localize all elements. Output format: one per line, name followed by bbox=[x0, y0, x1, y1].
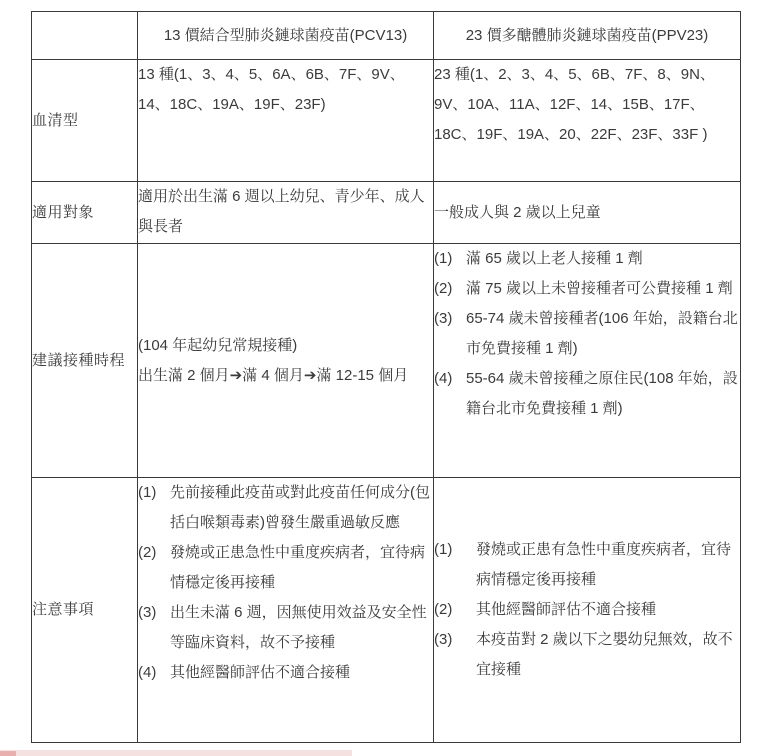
schedule-pcv13-note: (104 年起幼兒常規接種) bbox=[138, 331, 433, 361]
list-item: (4) 其他經醫師評估不適合接種 bbox=[138, 658, 433, 688]
list-item-text: 65-74 歲未曾接種者(106 年始，設籍台北市免費接種 1 劑) bbox=[466, 304, 740, 364]
row-label-audience: 適用對象 bbox=[32, 182, 138, 244]
list-item-text: 出生未滿 6 週，因無使用效益及安全性等臨床資料，故不予接種 bbox=[170, 598, 433, 658]
list-item-text: 其他經醫師評估不適合接種 bbox=[476, 595, 740, 625]
row-serotype: 血清型 13 種(1、3、4、5、6A、6B、7F、9V、14、18C、19A、… bbox=[32, 60, 741, 182]
list-item-number: (1) bbox=[434, 535, 476, 565]
list-item-number: (3) bbox=[434, 304, 466, 334]
list-item-text: 發燒或正患急性中重度疾病者，宜待病情穩定後再接種 bbox=[170, 538, 433, 598]
serotype-pcv13-cell: 13 種(1、3、4、5、6A、6B、7F、9V、14、18C、19A、19F、… bbox=[138, 60, 434, 182]
row-label-schedule: 建議接種時程 bbox=[32, 244, 138, 478]
list-item-text: 先前接種此疫苗或對此疫苗任何成分(包括白喉類毒素)曾發生嚴重過敏反應 bbox=[170, 478, 433, 538]
list-item: (3) 本疫苗對 2 歲以下之嬰幼兒無效，故不宜接種 bbox=[434, 625, 740, 685]
list-item-number: (3) bbox=[434, 625, 476, 655]
precautions-pcv13-cell: (1) 先前接種此疫苗或對此疫苗任何成分(包括白喉類毒素)曾發生嚴重過敏反應 (… bbox=[138, 478, 434, 743]
precautions-ppv23-cell: (1) 發燒或正患有急性中重度疾病者，宜待病情穩定後再接種 (2) 其他經醫師評… bbox=[434, 478, 741, 743]
bottom-pink-dot bbox=[0, 751, 16, 756]
schedule-pcv13-cell: (104 年起幼兒常規接種) 出生滿 2 個月➔滿 4 個月➔滿 12-15 個… bbox=[138, 244, 434, 478]
header-ppv23: 23 價多醣體肺炎鏈球菌疫苗(PPV23) bbox=[434, 12, 741, 60]
list-item: (1) 先前接種此疫苗或對此疫苗任何成分(包括白喉類毒素)曾發生嚴重過敏反應 bbox=[138, 478, 433, 538]
row-label-precautions: 注意事項 bbox=[32, 478, 138, 743]
list-item-number: (1) bbox=[138, 478, 170, 508]
header-blank-cell bbox=[32, 12, 138, 60]
row-precautions: 注意事項 (1) 先前接種此疫苗或對此疫苗任何成分(包括白喉類毒素)曾發生嚴重過… bbox=[32, 478, 741, 743]
row-schedule: 建議接種時程 (104 年起幼兒常規接種) 出生滿 2 個月➔滿 4 個月➔滿 … bbox=[32, 244, 741, 478]
bottom-pink-strip bbox=[0, 750, 352, 756]
table-header-row: 13 價結合型肺炎鏈球菌疫苗(PCV13) 23 價多醣體肺炎鏈球菌疫苗(PPV… bbox=[32, 12, 741, 60]
row-label-serotype: 血清型 bbox=[32, 60, 138, 182]
list-item-number: (2) bbox=[434, 595, 476, 625]
list-item: (3) 出生未滿 6 週，因無使用效益及安全性等臨床資料，故不予接種 bbox=[138, 598, 433, 658]
list-item-number: (4) bbox=[138, 658, 170, 688]
schedule-pcv13-sequence: 出生滿 2 個月➔滿 4 個月➔滿 12-15 個月 bbox=[138, 361, 433, 391]
list-item: (2) 滿 75 歲以上未曾接種者可公費接種 1 劑 bbox=[434, 274, 740, 304]
list-item: (1) 滿 65 歲以上老人接種 1 劑 bbox=[434, 244, 740, 274]
vaccine-comparison-table: 13 價結合型肺炎鏈球菌疫苗(PCV13) 23 價多醣體肺炎鏈球菌疫苗(PPV… bbox=[31, 11, 741, 743]
serotype-ppv23-cell: 23 種(1、2、3、4、5、6B、7F、8、9N、9V、10A、11A、12F… bbox=[434, 60, 741, 182]
list-item-number: (2) bbox=[434, 274, 466, 304]
schedule-ppv23-cell: (1) 滿 65 歲以上老人接種 1 劑 (2) 滿 75 歲以上未曾接種者可公… bbox=[434, 244, 741, 478]
list-item: (1) 發燒或正患有急性中重度疾病者，宜待病情穩定後再接種 bbox=[434, 535, 740, 595]
list-item-number: (4) bbox=[434, 364, 466, 394]
list-item-text: 55-64 歲未曾接種之原住民(108 年始，設籍台北市免費接種 1 劑) bbox=[466, 364, 740, 424]
list-item-number: (2) bbox=[138, 538, 170, 568]
row-audience: 適用對象 適用於出生滿 6 週以上幼兒、青少年、成人與長者 一般成人與 2 歲以… bbox=[32, 182, 741, 244]
list-item-text: 滿 75 歲以上未曾接種者可公費接種 1 劑 bbox=[466, 274, 740, 304]
list-item-text: 其他經醫師評估不適合接種 bbox=[170, 658, 433, 688]
list-item-text: 滿 65 歲以上老人接種 1 劑 bbox=[466, 244, 740, 274]
list-item-text: 發燒或正患有急性中重度疾病者，宜待病情穩定後再接種 bbox=[476, 535, 740, 595]
header-pcv13: 13 價結合型肺炎鏈球菌疫苗(PCV13) bbox=[138, 12, 434, 60]
list-item: (3) 65-74 歲未曾接種者(106 年始，設籍台北市免費接種 1 劑) bbox=[434, 304, 740, 364]
audience-pcv13-cell: 適用於出生滿 6 週以上幼兒、青少年、成人與長者 bbox=[138, 182, 434, 244]
list-item-number: (1) bbox=[434, 244, 466, 274]
list-item: (2) 其他經醫師評估不適合接種 bbox=[434, 595, 740, 625]
list-item-number: (3) bbox=[138, 598, 170, 628]
audience-ppv23-cell: 一般成人與 2 歲以上兒童 bbox=[434, 182, 741, 244]
list-item: (4) 55-64 歲未曾接種之原住民(108 年始，設籍台北市免費接種 1 劑… bbox=[434, 364, 740, 424]
list-item-text: 本疫苗對 2 歲以下之嬰幼兒無效，故不宜接種 bbox=[476, 625, 740, 685]
list-item: (2) 發燒或正患急性中重度疾病者，宜待病情穩定後再接種 bbox=[138, 538, 433, 598]
